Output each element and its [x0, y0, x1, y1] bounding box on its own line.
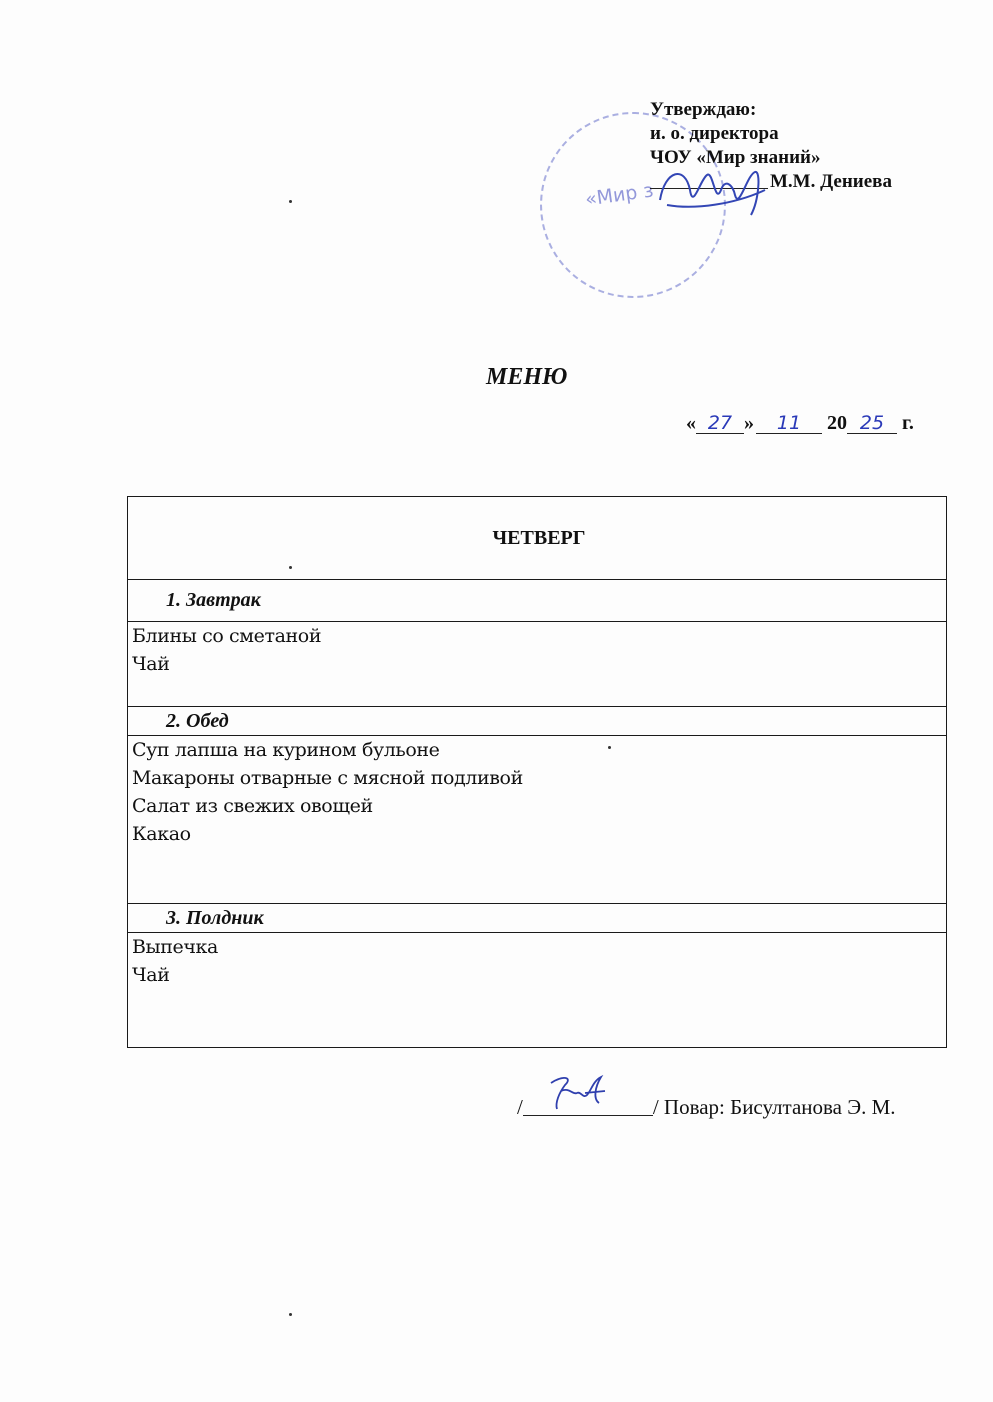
items-row-snack: Выпечка Чай	[128, 933, 947, 1048]
cook-name: / Повар: Бисултанова Э. М.	[653, 1095, 896, 1119]
director-signature-icon	[655, 160, 770, 222]
meal-row-lunch: 2. Обед	[128, 707, 947, 736]
meal-label-snack: 3. Полдник	[128, 904, 947, 933]
date-year-prefix: 20	[827, 412, 847, 434]
list-item: Чай	[132, 961, 946, 989]
list-item: Блины со сметаной	[132, 622, 946, 650]
cook-signature-block: / / Повар: Бисултанова Э. М.	[517, 1095, 896, 1120]
date-month: 11	[756, 413, 822, 434]
approval-signer: М.М. Дениева	[770, 171, 892, 192]
approval-position: и. о. директора	[650, 122, 892, 146]
meal-label-breakfast: 1. Завтрак	[128, 580, 947, 622]
scan-speck	[608, 746, 611, 749]
date-open-quote: «	[686, 412, 696, 434]
meal-items-snack: Выпечка Чай	[128, 933, 947, 1048]
list-item: Салат из свежих овощей	[132, 792, 946, 820]
date-day: 27	[696, 413, 744, 434]
meal-items-breakfast: Блины со сметаной Чай	[128, 622, 947, 707]
cook-signature-line	[523, 1095, 653, 1116]
date-year-suffix: 25	[847, 413, 897, 434]
items-row-breakfast: Блины со сметаной Чай	[128, 622, 947, 707]
meal-label-lunch: 2. Обед	[128, 707, 947, 736]
list-item: Макароны отварные с мясной подливой	[132, 764, 946, 792]
list-item: Суп лапша на курином бульоне	[132, 736, 946, 764]
meal-row-breakfast: 1. Завтрак	[128, 580, 947, 622]
meal-row-snack: 3. Полдник	[128, 904, 947, 933]
approval-heading: Утверждаю:	[650, 98, 892, 122]
date-year-unit: г.	[902, 412, 914, 434]
menu-table: ЧЕТВЕРГ 1. Завтрак Блины со сметаной Чай…	[127, 496, 947, 1048]
cook-signature-icon	[543, 1073, 613, 1113]
scan-speck	[289, 566, 292, 569]
items-row-lunch: Суп лапша на курином бульоне Макароны от…	[128, 736, 947, 904]
day-name: ЧЕТВЕРГ	[128, 497, 947, 580]
scan-speck	[289, 1313, 292, 1316]
date-close-quote: »	[744, 412, 754, 434]
day-row: ЧЕТВЕРГ	[128, 497, 947, 580]
list-item: Чай	[132, 650, 946, 678]
scan-speck	[289, 200, 292, 203]
document-date: «27»11 2025 г.	[686, 412, 914, 435]
meal-items-lunch: Суп лапша на курином бульоне Макароны от…	[128, 736, 947, 904]
document-title: МЕНЮ	[486, 364, 567, 391]
list-item: Какао	[132, 820, 946, 848]
list-item: Выпечка	[132, 933, 946, 961]
